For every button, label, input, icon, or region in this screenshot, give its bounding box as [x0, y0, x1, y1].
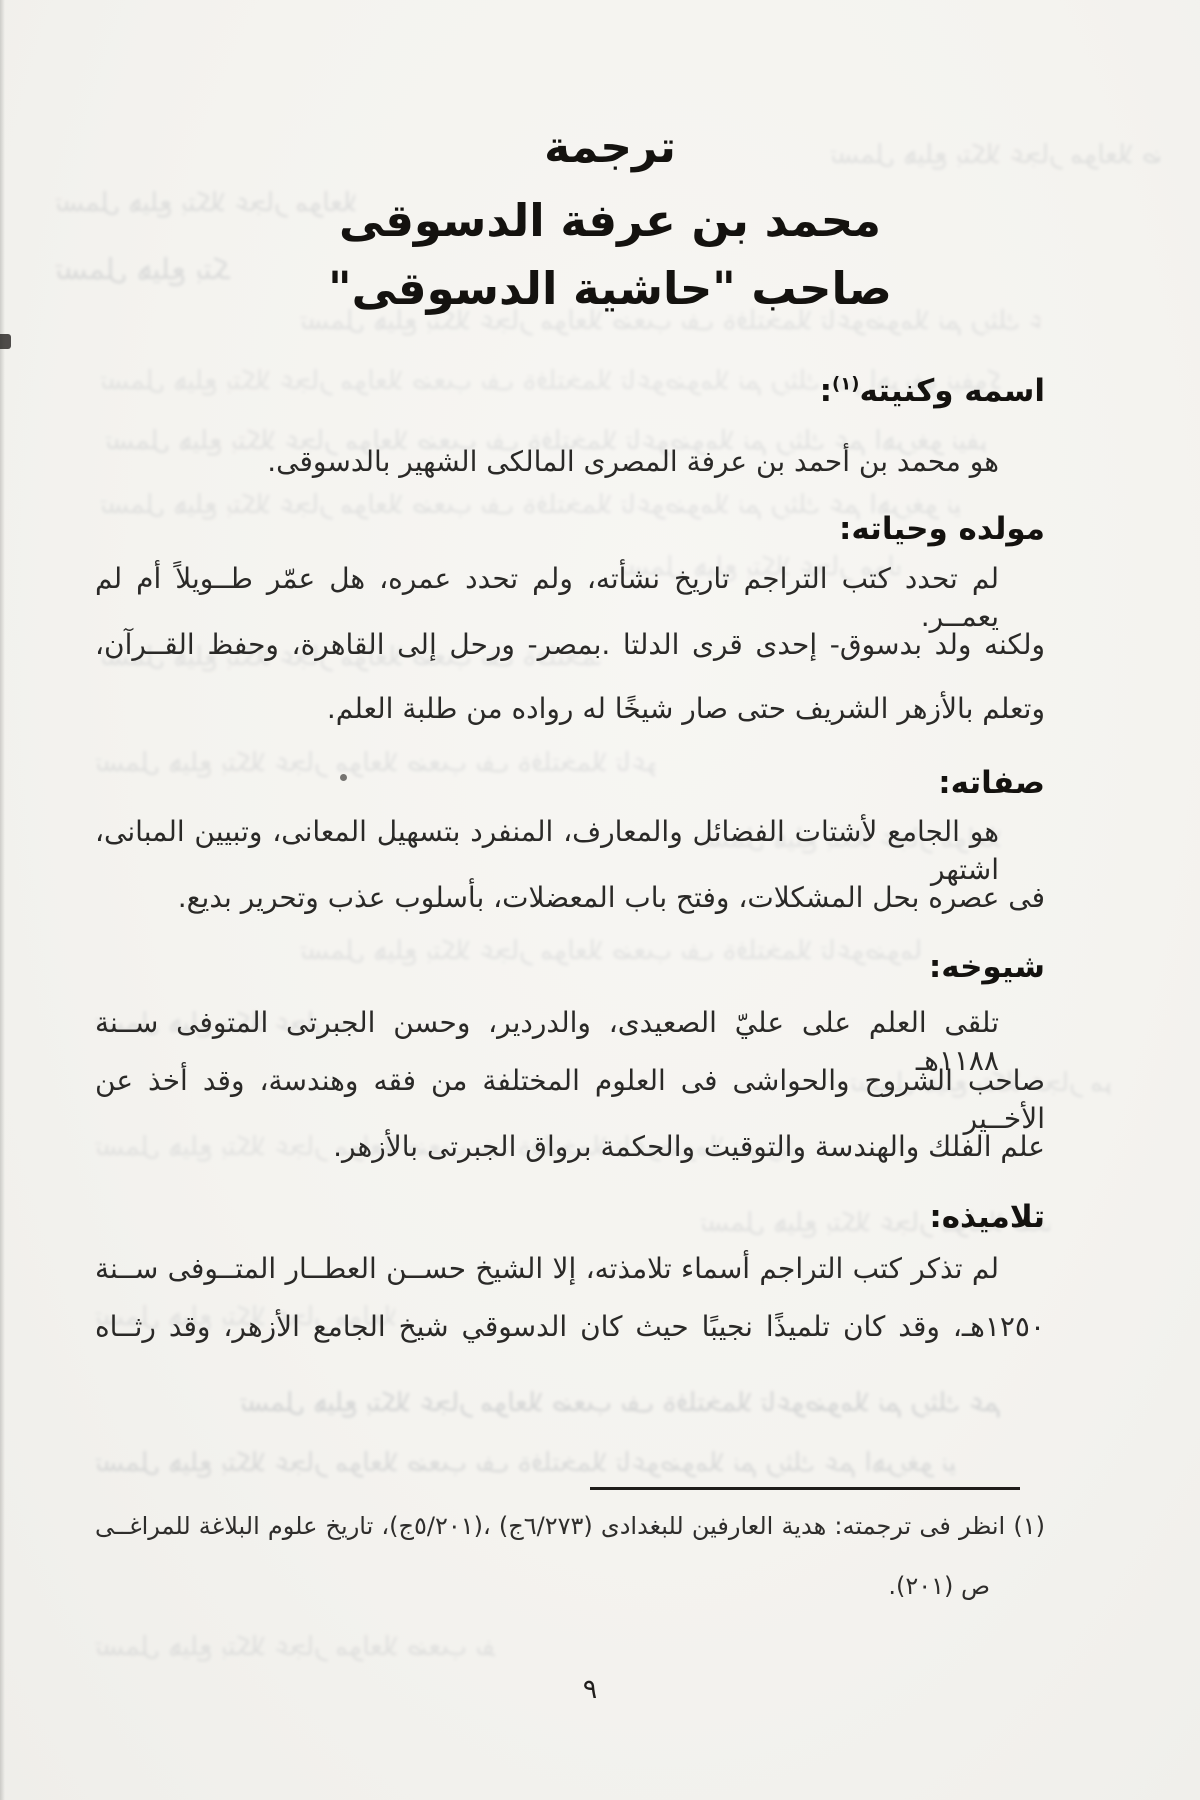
heading-colon: : [820, 373, 832, 409]
body-line: لم تحدد كتب التراجم تاريخ نشأته، ولم تحد… [95, 560, 1045, 636]
section-heading-birth-and-life: مولده وحياته: [95, 510, 1045, 549]
footnote-line: (١) انظر فى ترجمته: هدية العارفين للبغدا… [95, 1510, 1045, 1542]
body-line: فى عصره بحل المشكلات، وفتح باب المعضلات،… [95, 879, 1045, 917]
footnote-line: ص (٢٠١). [95, 1570, 1045, 1602]
body-line: علم الفلك والهندسة والتوقيت والحكمة بروا… [95, 1128, 1045, 1166]
title-line-1: ترجمة [20, 122, 1200, 175]
body-line: ١٢٥٠هـ، وقد كان تلميذًا نجيبًا حيث كان ا… [95, 1308, 1045, 1346]
page-number: ٩ [0, 1674, 1180, 1705]
title-line-3: صاحب "حاشية الدسوقى" [20, 262, 1200, 316]
scan-edge-shade [0, 0, 5, 1800]
body-line: هو محمد بن أحمد بن عرفة المصرى المالكى ا… [95, 443, 1045, 481]
body-line: وتعلم بالأزهر الشريف حتى صار شيخًا له رو… [95, 690, 1045, 728]
body-line: لم تذكر كتب التراجم أسماء تلامذته، إلا ا… [95, 1250, 1045, 1288]
ghost-line: تسمل هيلع بتكلا عجار مولعلا ضعب ىف ةفلتخ… [95, 1448, 955, 1478]
section-heading-qualities: صفاته: [95, 764, 1045, 803]
ghost-line: تسمل هيلع بتكلا عجار مولعلا ضعب ىف ةفلتخ… [95, 1632, 495, 1662]
body-line: هو الجامع لأشتات الفضائل والمعارف، المنف… [95, 813, 1045, 889]
section-heading-students: تلاميذه: [95, 1198, 1045, 1237]
body-line: صاحب الشروح والحواشى فى العلوم المختلفة … [95, 1062, 1045, 1138]
scan-edge-mark [0, 334, 11, 349]
footnote-ref-1: (١) [832, 374, 859, 395]
heading-text: اسمه وكنيته [859, 373, 1045, 409]
title-line-2: محمد بن عرفة الدسوقى [20, 194, 1200, 248]
ghost-line: تسمل هيلع بتكلا عجار مولعلا ضعب ىف ةفلتخ… [240, 1388, 1000, 1418]
section-heading-name-and-kunya: اسمه وكنيته(١): [95, 372, 1045, 411]
body-line: ولكنه ولد بدسوق- إحدى قرى الدلتا .بمصر- … [95, 626, 1045, 664]
section-heading-teachers: شيوخه: [95, 948, 1045, 987]
scanned-book-page: تسمل هيلع بتكلا عجار مولعلا ضعب ىف ةفلتخ… [0, 0, 1200, 1800]
footnote-separator [590, 1487, 1020, 1490]
